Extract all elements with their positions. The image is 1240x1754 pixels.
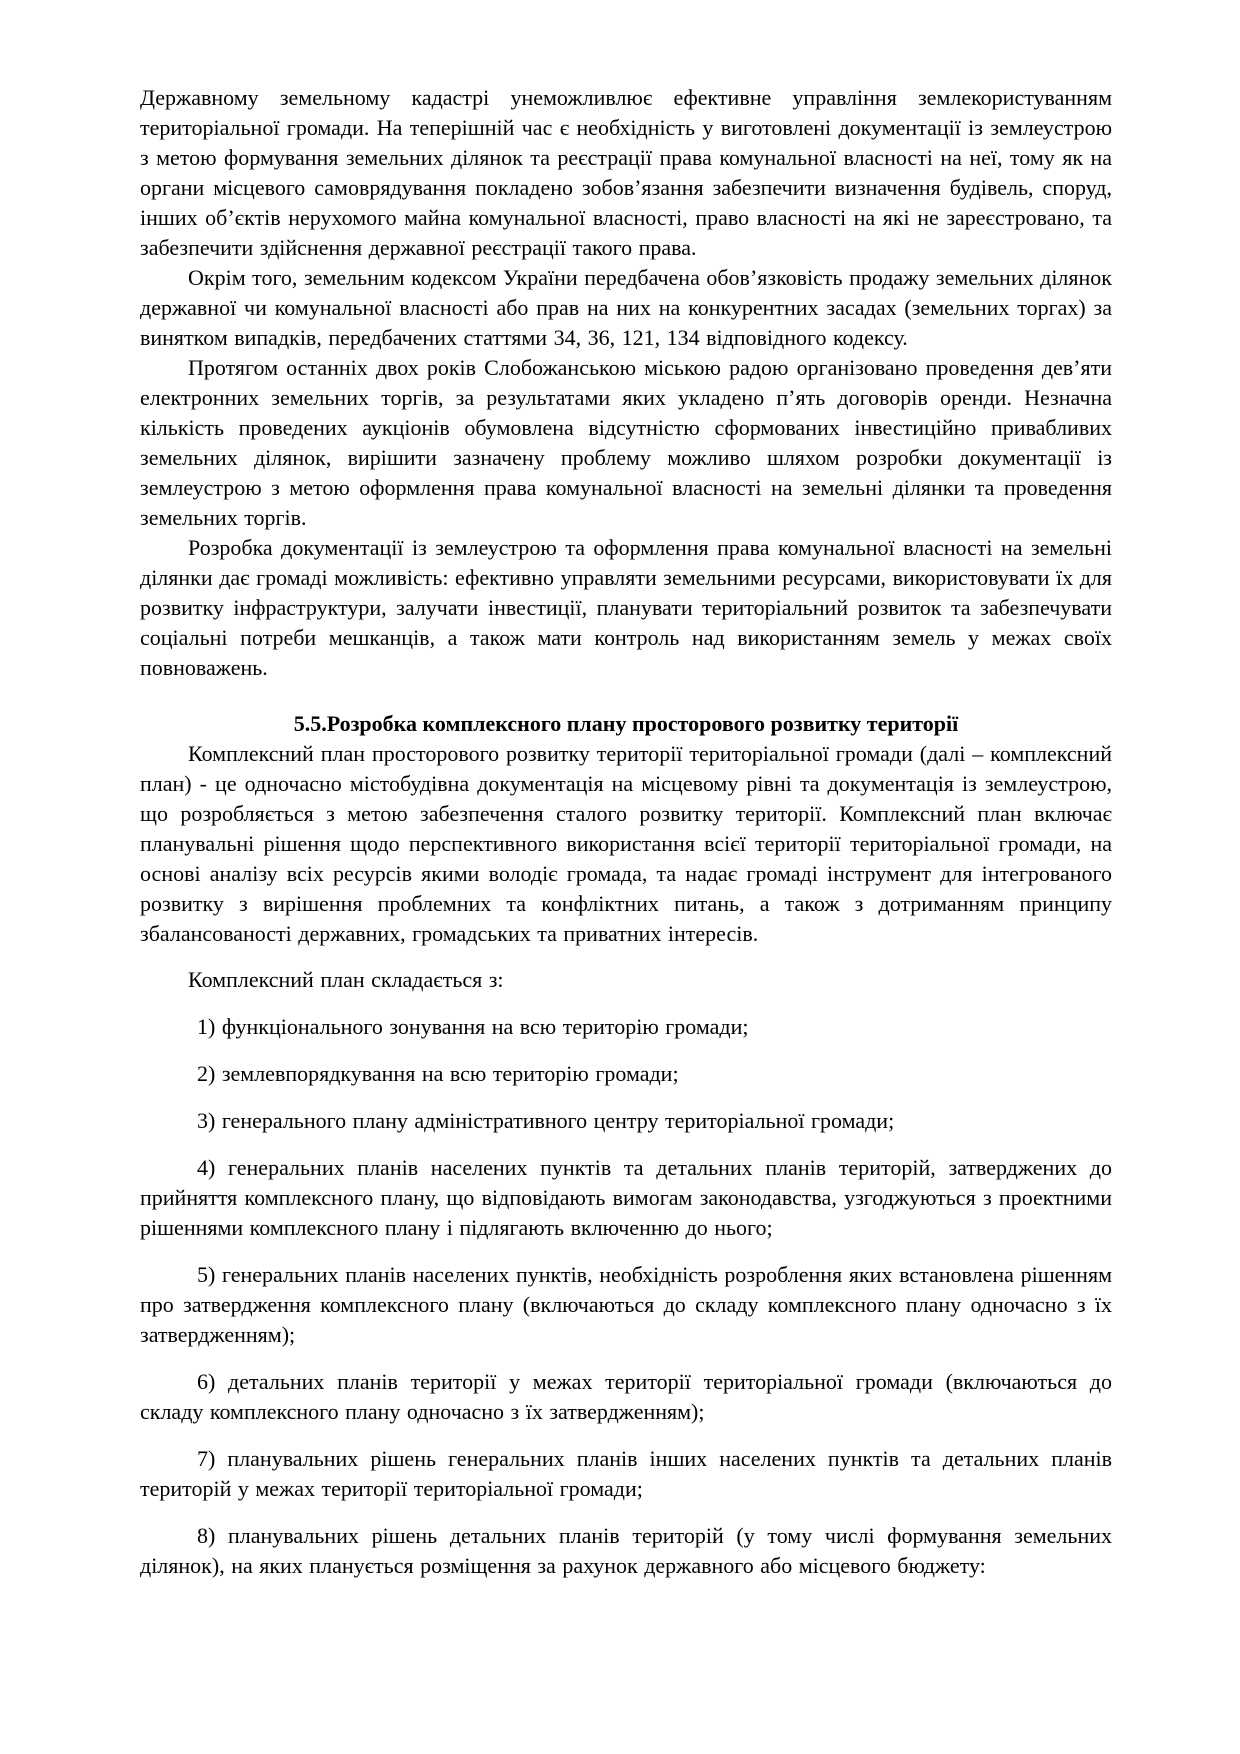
list-item-2: 2) землевпорядкування на всю територію г… xyxy=(140,1059,1112,1089)
list-item-6: 6) детальних планів території у межах те… xyxy=(140,1367,1112,1427)
document-page: Державному земельному кадастрі унеможлив… xyxy=(0,0,1240,1754)
paragraph-complex-plan-intro: Комплексний план просторового розвитку т… xyxy=(140,739,1112,949)
paragraph-cadastre: Державному земельному кадастрі унеможлив… xyxy=(140,83,1112,263)
list-item-5: 5) генеральних планів населених пунктів,… xyxy=(140,1260,1112,1350)
section-heading: 5.5.Розробка комплексного плану просторо… xyxy=(140,709,1112,739)
list-item-4: 4) генеральних планів населених пунктів … xyxy=(140,1153,1112,1243)
paragraph-documentation-benefits: Розробка документації із землеустрою та … xyxy=(140,533,1112,683)
list-item-3: 3) генерального плану адміністративного … xyxy=(140,1106,1112,1136)
list-lead: Комплексний план складається з: xyxy=(140,965,1112,995)
list-item-7: 7) планувальних рішень генеральних плані… xyxy=(140,1444,1112,1504)
paragraph-land-code: Окрім того, земельним кодексом України п… xyxy=(140,263,1112,353)
list-item-1: 1) функціонального зонування на всю тери… xyxy=(140,1012,1112,1042)
list-item-8: 8) планувальних рішень детальних планів … xyxy=(140,1521,1112,1581)
paragraph-land-auctions: Протягом останніх двох років Слобожанськ… xyxy=(140,353,1112,533)
